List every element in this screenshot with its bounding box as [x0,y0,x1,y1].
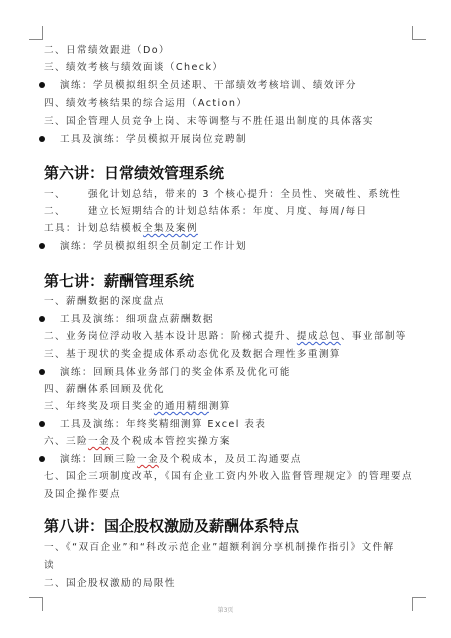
list-text: 强化计划总结，带来的 3 个核心提升：全员性、突破性、系统性 [88,189,401,200]
bullet-icon [39,243,45,249]
list-text: 建立长短期结合的计划总结体系：年度、月度、每周/每日 [88,206,367,217]
list-item: 二、国企股权激励的局限性 [44,575,176,589]
spellcheck-marked-text: 一金 [137,454,159,465]
spellcheck-marked-text: 提成总包 [297,331,341,342]
bullet-icon [39,82,45,88]
list-item: 一、《“双百企业”和“科改示范企业”超额利润分享机制操作指引》文件解 [44,539,395,553]
bullet-item: 工具及演练：学员模拟开展岗位竞聘制 [60,131,247,145]
page-corner-mark-top-right [412,26,426,40]
list-item: 四、绩效考核结果的综合运用（Action） [44,95,247,109]
section-heading: 第八讲：国企股权激励及薪酬体系特点 [44,515,299,536]
bullet-item: 演练：学员模拟组织全员述职、干部绩效考核培训、绩效评分 [60,77,357,91]
page-corner-mark-top-left [29,26,43,40]
list-item: 六、三险一金及个税成本管控实操方案 [44,433,231,447]
text-segment: 测算 [209,401,231,412]
bullet-item: 演练：回顾具体业务部门的奖金体系及优化可能 [60,364,291,378]
text-segment: 及个税成本管控实操方案 [110,436,231,447]
list-item: 三、绩效考核与绩效面谈（Check） [44,59,223,73]
list-item: 二、日常绩效跟进（Do） [44,42,170,56]
bullet-icon [39,421,45,427]
list-number: 二、 [44,206,66,217]
text-segment: 演练：回顾三险 [60,454,137,465]
bullet-icon [39,456,45,462]
list-item: 一、薪酬数据的深度盘点 [44,293,165,307]
text-segment: 二、业务岗位浮动收入基本设计思路：阶梯式提升、 [44,331,297,342]
spellcheck-marked-text: 的通用精细 [154,401,209,412]
list-item: 二、建立长短期结合的计划总结体系：年度、月度、每周/每日 [44,203,367,217]
list-item: 七、国企三项制度改革，《国有企业工资内外收入监督管理规定》的管理要点 [44,468,413,482]
list-item: 三、基于现状的奖金提成体系动态优化及数据合理性多重测算 [44,346,341,360]
bullet-item: 工具及演练：年终奖精细测算 Excel 表表 [60,416,266,430]
text-segment: 三、年终奖及项目奖金 [44,401,154,412]
spellcheck-marked-text: 全集及案例 [143,223,198,234]
list-item: 工具：计划总结模板全集及案例 [44,220,198,234]
bullet-icon [39,316,45,322]
spellcheck-marked-text: 一金 [88,436,110,447]
list-item: 二、业务岗位浮动收入基本设计思路：阶梯式提升、提成总包、事业部制等 [44,328,407,342]
bullet-item: 演练：学员模拟组织全员制定工作计划 [60,238,247,252]
text-segment: 、事业部制等 [341,331,407,342]
bullet-item: 演练：回顾三险一金及个税成本，及员工沟通要点 [60,451,302,465]
text-segment: 六、三险 [44,436,88,447]
list-item: 及国企操作要点 [44,486,121,500]
list-item: 一、强化计划总结，带来的 3 个核心提升：全员性、突破性、系统性 [44,186,401,200]
text-segment: 工具：计划总结模板 [44,223,143,234]
section-heading: 第七讲：薪酬管理系统 [44,270,194,291]
section-heading: 第六讲：日常绩效管理系统 [44,162,224,183]
list-item: 读 [44,557,55,571]
bullet-item: 工具及演练：细项盘点薪酬数据 [60,311,214,325]
text-segment: 及个税成本，及员工沟通要点 [159,454,302,465]
list-item: 三、国企管理人员竞争上岗、末等调整与不胜任退出制度的具体落实 [44,113,374,127]
bullet-icon [39,136,45,142]
page-number-footer: 第3页 [0,605,451,614]
list-item: 四、薪酬体系回顾及优化 [44,381,165,395]
list-number: 一、 [44,189,66,200]
list-item: 三、年终奖及项目奖金的通用精细测算 [44,398,231,412]
bullet-icon [39,369,45,375]
